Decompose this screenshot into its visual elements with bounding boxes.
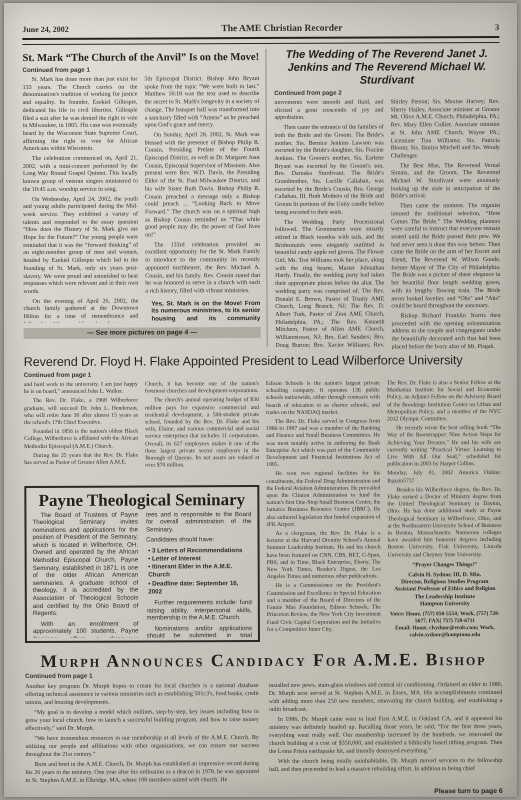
contact-voice: Voice: Home, (757) 850-5554; Work, (757)… [388,611,502,625]
paragraph: He won two regional facilities for his c… [266,471,380,529]
paragraph: Edison Schools is the nation's largest p… [266,380,380,417]
paragraph: Shirley Person; Sis. Maxine Harvey; Rev.… [390,99,499,161]
paragraph: Then came the entrance of the families o… [274,125,384,218]
list-item: Deadline date: September 16, 2002 [148,580,252,597]
paragraph: On Wednesday, April 24, 2002, the youth … [23,196,138,297]
payne-title: Payne Theological Seminary [32,490,251,510]
paragraph: Further requirements include: fund raisi… [146,599,252,622]
paragraph: He is a Commissioner on the President's … [267,583,381,634]
turn-page-label: Please turn to page 6 [26,788,503,797]
credit-quote: “Prayer Changes Things!” [388,562,502,570]
paragraph: In 1986, Dr. Murph came west to lead Fir… [269,715,503,756]
paragraph: On the evening of April 26, 2002, the ch… [23,298,138,323]
paragraph: Monday, July 01, 2002 America Online: Rs… [387,470,501,485]
page-number: 3 [495,22,499,32]
list-item: 3 Letters of Recommendations [148,547,252,556]
continued-label: Continued from page 1 [22,66,259,74]
paragraph: The Wedding Party Processional followed.… [275,219,385,350]
paragraph: As a clergyman, the Rev. Dr. Flake is a … [267,531,381,582]
see-more-pictures-band: — See more pictures on page 4 — [24,327,261,339]
contact-block: Voice: Home, (757) 850-5554; Work, (757)… [388,611,502,639]
stmark-headline: St. Mark “The Church of the Anvil” Is on… [22,51,259,65]
list-item: Itinerant Elder in the A.M.E. Church [148,563,252,580]
article-stmark: St. Mark “The Church of the Anvil” Is on… [22,49,260,348]
paragraph: The Board of Trustees of Payne Theologic… [32,511,138,618]
payne-seminary-notice: Payne Theological Seminary The Board of … [24,485,260,643]
credit-org: Hampton University [388,601,502,609]
paragraph: installed new pews, stain-glass windows … [269,681,503,714]
paragraph: Bishop Richard Franklin Norris then proc… [391,313,500,349]
paragraph: “We have tremendous resources in our mem… [25,734,259,759]
text-column: tees and is responsible to the Board for… [146,511,252,637]
article-wedding: The Wedding of The Reverend Janet J. Jen… [265,48,501,347]
text-column: The Rev. Dr. Flake is also a Senior Fell… [387,380,502,642]
continued-label: Continued from page 2 [274,89,499,97]
text-column: St. Mark has done more than just exist f… [23,77,139,323]
continued-label: Continued from page 1 [25,671,502,680]
contact-email: Email: Home, clsydnor@erols.com; Work, c… [388,625,502,639]
text-column: installed new pews, stain-glass windows … [269,681,503,786]
paragraph: The Rev. Dr. Flake, a 1968 Wilberforce g… [24,398,138,427]
paragraph: The celebration commenced on, April 21, … [23,156,138,195]
paragraph: On Sunday, April 28, 2002, St. Mark was … [145,132,260,240]
paragraph: With the church being totally uninhabita… [269,757,503,774]
paragraph: Besides his Wilberforce degree, the Rev.… [387,487,501,560]
paragraph: Another key program Dr. Murph hopes to c… [25,682,259,707]
page-header: June 24, 2002 The AME Christian Recorder… [22,22,499,35]
paragraph: He recently wrote the best selling book … [387,425,501,469]
credit-title: Assistant Professor of Ethics and Religi… [388,586,502,594]
paragraph: St. Mark has done more than just exist f… [23,77,138,155]
paragraph: Born and bred in the A.M.E. Church, Dr. … [26,760,260,785]
paragraph: Church, it has become one of the nation'… [145,381,259,396]
newspaper-page: June 24, 2002 The AME Christian Recorder… [4,3,517,797]
murph-headline: Murph Announces Candidacy For A.M.E. Bis… [25,649,502,671]
flake-headline: Reverend Dr. Floyd H. Flake Appointed Pr… [24,353,501,370]
paragraph: The Rev. Dr. Flake served in Congress fr… [266,419,380,470]
continued-label: Continued from page 1 [24,370,501,379]
text-column: Shirley Person; Sis. Maxine Harvey; Rev.… [390,99,500,349]
text-column: Church, it has become one of the nation'… [145,381,259,477]
text-column: 5th Episcopal District. Bishop John Brya… [144,76,260,322]
paragraph: The church's annual operating budget of … [145,397,259,470]
text-column: Another key program Dr. Murph hopes to c… [25,682,259,787]
paragraph: and hard work to the university. I am ju… [24,382,138,397]
candidates-label: Candidates should have: [146,536,252,544]
text-column: The Board of Trustees of Payne Theologic… [32,511,138,637]
paragraph: movements were smooth and fluid, and eli… [274,99,383,123]
paragraph: Then came the moment. The organist inton… [391,203,501,311]
text-column: and hard work to the university. I am ju… [24,382,138,478]
paragraph: The 133rd celebration provided an excell… [145,242,260,296]
masthead: The AME Christian Recorder [221,24,342,35]
paragraph: Founded in 1856 is the nation's oldest B… [24,429,138,451]
header-rule [22,36,499,45]
requirements-list: 3 Letters of Recommendations Letter of I… [148,547,252,597]
paragraph: The Best Man, The Reverend Vernal Simms,… [391,163,500,202]
paragraph: 5th Episcopal District. Bishop John Brya… [144,76,259,130]
paragraph: With an enrollment of approximately 100 … [33,620,139,637]
paragraph: The Rev. Dr. Flake is also a Senior Fell… [387,380,501,424]
stmark-callout: Yes, St. Mark is on the Move! From its n… [145,300,260,323]
paragraph: During the 25 years that the Rev. Dr. Fl… [24,452,138,467]
text-column: Edison Schools is the nation's largest p… [266,380,381,642]
wedding-headline: The Wedding of The Reverend Janet J. Jen… [274,48,499,88]
article-murph: Murph Announces Candidacy For A.M.E. Bis… [25,649,503,797]
page-date: June 24, 2002 [22,25,68,34]
paragraph: “My goal is to develop a model which out… [25,708,259,733]
article-flake: Reverend Dr. Floyd H. Flake Appointed Pr… [24,353,502,644]
paragraph: Nominations and/or applications should b… [146,625,252,637]
credit-block: “Prayer Changes Things!” Calvin H. Sydno… [388,562,502,609]
paragraph: tees and is responsible to the Board for… [146,511,252,534]
newspaper-page-photo: June 24, 2002 The AME Christian Recorder… [0,0,521,800]
text-column: movements were smooth and fluid, and eli… [274,99,384,349]
